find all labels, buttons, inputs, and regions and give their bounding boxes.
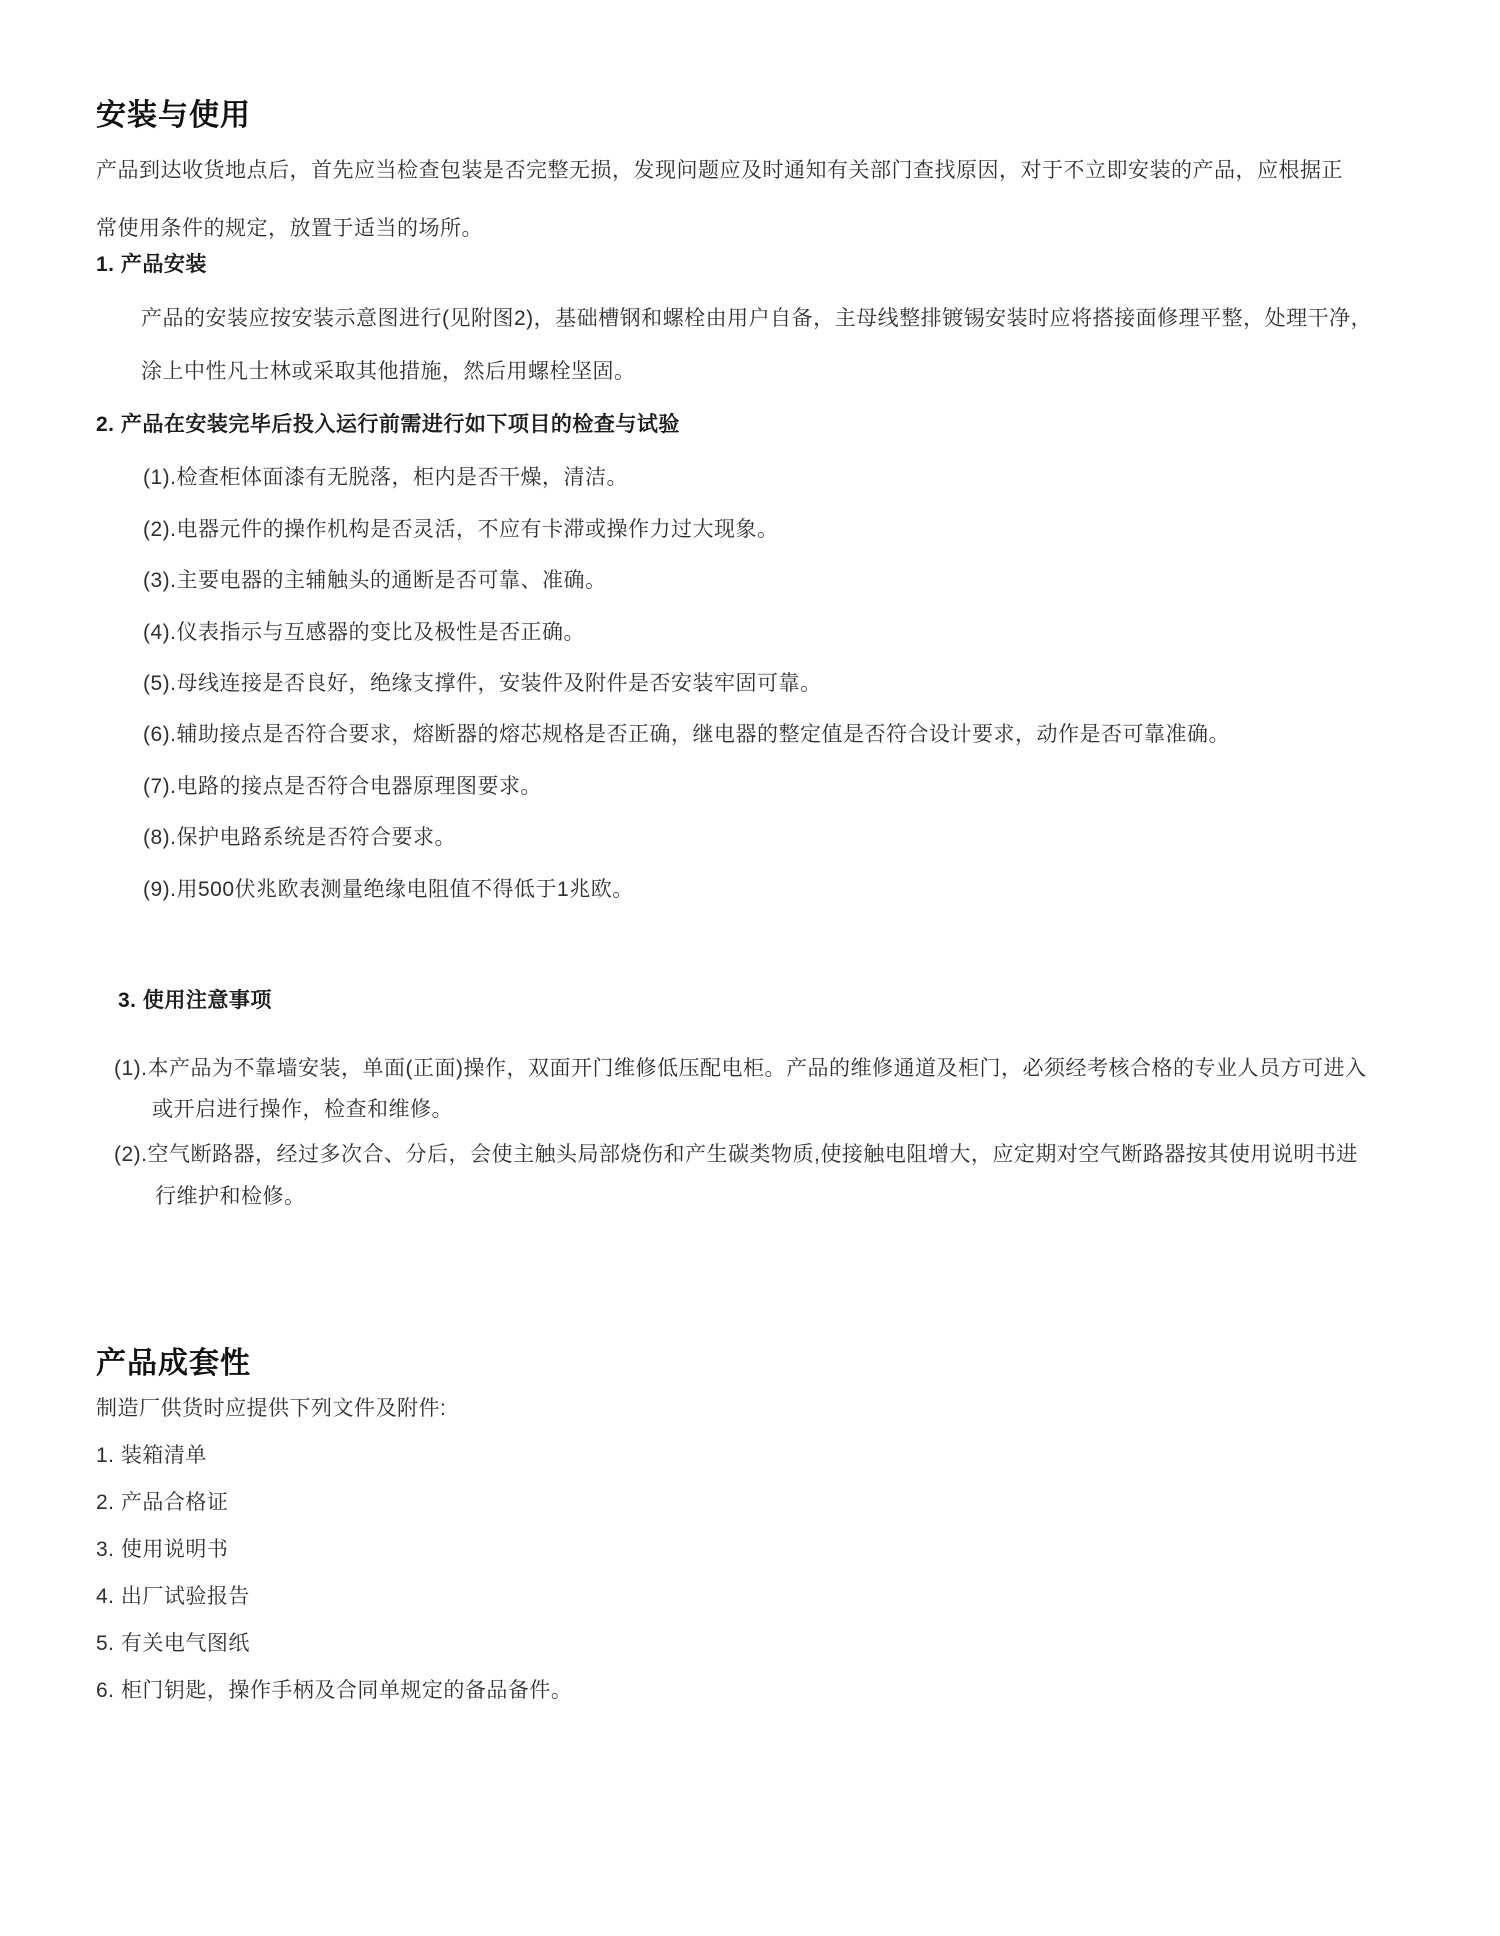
- check-item: (8).保护电路系统是否符合要求。: [143, 825, 456, 851]
- check-item: (7).电路的接点是否符合电器原理图要求。: [143, 774, 542, 800]
- installation-section-title: 安装与使用: [96, 90, 251, 134]
- notice-item-line: 或开启进行操作，检查和维修。: [152, 1097, 453, 1123]
- notice-item-line: 行维护和检修。: [155, 1184, 306, 1210]
- completeness-intro: 制造厂供货时应提供下列文件及附件:: [96, 1396, 446, 1422]
- completeness-item: 6. 柜门钥匙，操作手柄及合同单规定的备品备件。: [96, 1678, 572, 1704]
- subsection-3-heading: 3. 使用注意事项: [118, 988, 272, 1014]
- document-page: 安装与使用 产品到达收货地点后，首先应当检查包装是否完整无损，发现问题应及时通知…: [0, 0, 1500, 1936]
- installation-intro-line: 产品到达收货地点后，首先应当检查包装是否完整无损，发现问题应及时通知有关部门查找…: [96, 158, 1343, 184]
- completeness-section-title: 产品成套性: [96, 1338, 251, 1382]
- check-item: (3).主要电器的主辅触头的通断是否可靠、准确。: [143, 568, 607, 594]
- subsection-1-body-line: 涂上中性凡士林或采取其他措施，然后用螺栓坚固。: [141, 359, 636, 385]
- subsection-2-heading: 2. 产品在安装完毕后投入运行前需进行如下项目的检查与试验: [96, 412, 680, 438]
- subsection-1-body-line: 产品的安装应按安装示意图进行(见附图2)，基础槽钢和螺栓由用户自备，主母线整排镀…: [141, 306, 1372, 332]
- completeness-item: 5. 有关电气图纸: [96, 1631, 250, 1657]
- check-item: (4).仪表指示与互感器的变比及极性是否正确。: [143, 620, 585, 646]
- check-item: (6).辅助接点是否符合要求，熔断器的熔芯规格是否正确，继电器的整定值是否符合设…: [143, 722, 1230, 748]
- check-item: (2).电器元件的操作机构是否灵活，不应有卡滞或操作力过大现象。: [143, 517, 779, 543]
- completeness-item: 1. 装箱清单: [96, 1443, 207, 1469]
- subsection-1-heading: 1. 产品安装: [96, 252, 207, 278]
- notice-item-line: (1).本产品为不靠墙安装，单面(正面)操作，双面开门维修低压配电柜。产品的维修…: [114, 1056, 1366, 1082]
- check-item: (1).检查柜体面漆有无脱落，柜内是否干燥，清洁。: [143, 465, 628, 491]
- check-item: (5).母线连接是否良好，绝缘支撑件，安装件及附件是否安装牢固可靠。: [143, 671, 822, 697]
- completeness-item: 3. 使用说明书: [96, 1537, 228, 1563]
- completeness-item: 2. 产品合格证: [96, 1490, 228, 1516]
- notice-item-line: (2).空气断路器，经过多次合、分后，会使主触头局部烧伤和产生碳类物质,使接触电…: [114, 1142, 1358, 1168]
- installation-intro-line: 常使用条件的规定，放置于适当的场所。: [96, 216, 483, 242]
- check-item: (9).用500伏兆欧表测量绝缘电阻值不得低于1兆欧。: [143, 877, 634, 903]
- completeness-item: 4. 出厂试验报告: [96, 1584, 250, 1610]
